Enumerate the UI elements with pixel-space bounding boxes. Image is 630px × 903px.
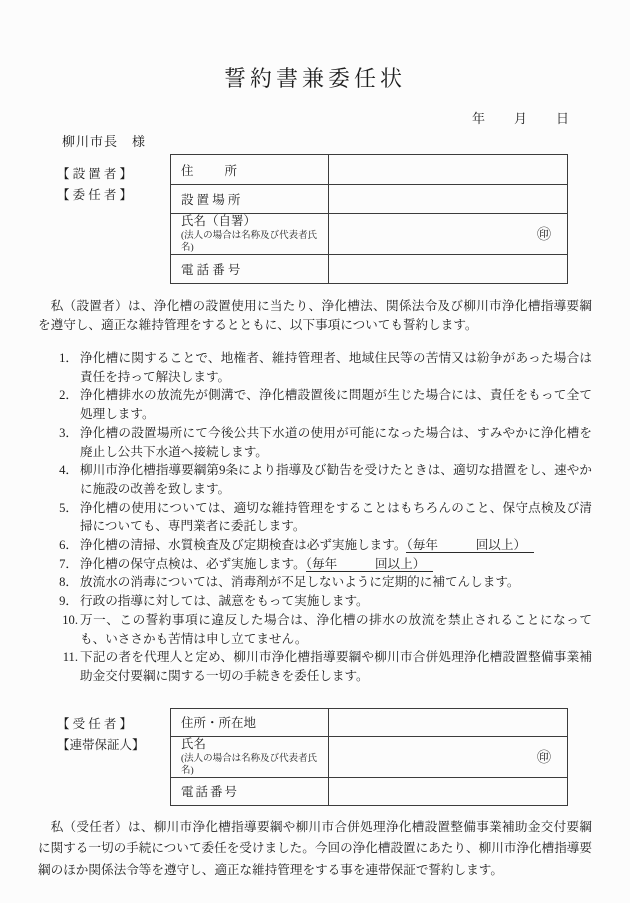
table-row: 住 所	[171, 155, 568, 185]
item-text: 放流水の消毒については、消毒剤が不足しないように定期的に補てんします。	[80, 573, 592, 592]
item-number: 2．	[50, 386, 78, 423]
table-row: 電 話 番 号	[171, 255, 568, 284]
pledge-item-8: 8． 放流水の消毒については、消毒剤が不足しないように定期的に補てんします。	[50, 573, 592, 592]
closing-paragraph: 私（受任者）は、柳川市浄化槽指導要綱や柳川市合併処理浄化槽設置整備事業補助金交付…	[38, 817, 592, 882]
item-number: 10.	[50, 611, 78, 648]
pledge-item-3: 3． 浄化槽の設置場所にて今後公共下水道の使用が可能になった場合は、すみやかに浄…	[50, 424, 592, 461]
item-text: 浄化槽の保守点検は、必ず実施します。（毎年 回以上）	[80, 555, 592, 574]
item-text: 浄化槽の使用については、適切な維持管理をすることはもちろんのこと、保守点検及び清…	[80, 499, 592, 536]
pledge-list: 1． 浄化槽に関することで、地権者、維持管理者、地域住民等の苦情又は紛争があった…	[50, 349, 592, 686]
fill-in-blank: （毎年 回以上）	[406, 538, 534, 553]
agent-name-sublabel: (法人の場合は名称及び代表者氏名)	[181, 753, 328, 777]
agent-address-value-cell	[329, 708, 568, 736]
pledge-item-10: 10. 万一、この誓約事項に違反した場合は、浄化槽の排水の放流を禁止されることに…	[50, 611, 592, 648]
item-number: 3．	[50, 424, 78, 461]
item-text: 浄化槽排水の放流先が側溝で、浄化槽設置後に問題が生じた場合には、責任をもって全て…	[80, 386, 592, 423]
site-label: 設 置 場 所	[171, 185, 329, 214]
item-text: 万一、この誓約事項に違反した場合は、浄化槽の排水の放流を禁止されることになっても…	[80, 611, 592, 648]
installer-side-labels: 【 設 置 者 】 【 委 任 者 】	[57, 154, 165, 284]
agent-name-value-cell: ㊞	[329, 736, 568, 777]
pledge-item-2: 2． 浄化槽排水の放流先が側溝で、浄化槽設置後に問題が生じた場合には、責任をもっ…	[50, 386, 592, 423]
table-row: 氏名（自署） (法人の場合は名称及び代表者氏名) ㊞	[171, 214, 568, 255]
item-number: 11.	[50, 648, 78, 685]
item-text: 浄化槽の設置場所にて今後公共下水道の使用が可能になった場合は、すみやかに浄化槽を…	[80, 424, 592, 461]
item-text-main: 浄化槽の清掃、水質検査及び定期検査は必ず実施します。	[80, 538, 406, 552]
agent-phone-label: 電話番号	[171, 777, 329, 805]
agent-name-label-cell: 氏名 (法人の場合は名称及び代表者氏名)	[171, 736, 329, 777]
item-number: 5．	[50, 499, 78, 536]
agent-section: 【 受 任 者 】 【連帯保証人】 住所・所在地 氏名 (法人の場合は名称及び代…	[57, 708, 630, 806]
item-text: 柳川市浄化槽指導要綱第9条により指導及び勧告を受けたときは、適切な措置をし、速や…	[80, 461, 592, 498]
item-number: 4．	[50, 461, 78, 498]
item-text: 浄化槽の清掃、水質検査及び定期検査は必ず実施します。（毎年 回以上）	[80, 536, 592, 555]
table-row: 電話番号	[171, 777, 568, 805]
guarantor-label: 【連帯保証人】	[57, 735, 165, 756]
seal-mark-icon: ㊞	[537, 224, 551, 244]
addressee: 柳川市長 様	[62, 133, 630, 150]
item-number: 6．	[50, 536, 78, 555]
agent-address-label: 住所・所在地	[171, 708, 329, 736]
item-text: 浄化槽に関することで、地権者、維持管理者、地域住民等の苦情又は紛争があった場合は…	[80, 349, 592, 386]
agent-label: 【 受 任 者 】	[57, 714, 165, 735]
name-label: 氏名（自署）	[181, 214, 328, 229]
table-row: 氏名 (法人の場合は名称及び代表者氏名) ㊞	[171, 736, 568, 777]
item-text: 下記の者を代理人と定め、柳川市浄化槽指導要綱や柳川市合併処理浄化槽設置整備事業補…	[80, 648, 592, 685]
delegator-label: 【 委 任 者 】	[57, 185, 165, 206]
item-text: 行政の指導に対しては、誠意をもって実施します。	[80, 592, 592, 611]
agent-side-labels: 【 受 任 者 】 【連帯保証人】	[57, 708, 165, 806]
name-label-cell: 氏名（自署） (法人の場合は名称及び代表者氏名)	[171, 214, 329, 255]
pledge-item-5: 5． 浄化槽の使用については、適切な維持管理をすることはもちろんのこと、保守点検…	[50, 499, 592, 536]
date-line: 年 月 日	[0, 110, 630, 127]
installer-table: 住 所 設 置 場 所 氏名（自署） (法人の場合は名称及び代表者氏名) ㊞ 電…	[170, 154, 568, 284]
address-label: 住 所	[171, 155, 329, 185]
agent-table: 住所・所在地 氏名 (法人の場合は名称及び代表者氏名) ㊞ 電話番号	[170, 708, 568, 806]
address-value-cell	[329, 155, 568, 185]
agent-phone-value-cell	[329, 777, 568, 805]
pledge-item-11: 11. 下記の者を代理人と定め、柳川市浄化槽指導要綱や柳川市合併処理浄化槽設置整…	[50, 648, 592, 685]
pledge-item-7: 7． 浄化槽の保守点検は、必ず実施します。（毎年 回以上）	[50, 555, 592, 574]
item-number: 9．	[50, 592, 78, 611]
fill-in-blank: （毎年 回以上）	[306, 557, 434, 572]
seal-mark-icon: ㊞	[537, 747, 551, 767]
installer-label: 【 設 置 者 】	[57, 164, 165, 185]
site-value-cell	[329, 185, 568, 214]
table-row: 住所・所在地	[171, 708, 568, 736]
name-sublabel: (法人の場合は名称及び代表者氏名)	[181, 230, 328, 254]
item-number: 8．	[50, 573, 78, 592]
table-row: 設 置 場 所	[171, 185, 568, 214]
pledge-item-6: 6． 浄化槽の清掃、水質検査及び定期検査は必ず実施します。（毎年 回以上）	[50, 536, 592, 555]
phone-label: 電 話 番 号	[171, 255, 329, 284]
document-title: 誓約書兼委任状	[0, 0, 630, 94]
pledge-item-4: 4． 柳川市浄化槽指導要綱第9条により指導及び勧告を受けたときは、適切な措置をし…	[50, 461, 592, 498]
pledge-item-1: 1． 浄化槽に関することで、地権者、維持管理者、地域住民等の苦情又は紛争があった…	[50, 349, 592, 386]
phone-value-cell	[329, 255, 568, 284]
installer-section: 【 設 置 者 】 【 委 任 者 】 住 所 設 置 場 所 氏名（自署） (…	[57, 154, 630, 284]
item-text-main: 浄化槽の保守点検は、必ず実施します。	[80, 557, 306, 571]
pledge-intro-paragraph: 私（設置者）は、浄化槽の設置使用に当たり、浄化槽法、関係法令及び柳川市浄化槽指導…	[38, 297, 592, 335]
item-number: 7．	[50, 555, 78, 574]
name-value-cell: ㊞	[329, 214, 568, 255]
item-number: 1．	[50, 349, 78, 386]
agent-name-label: 氏名	[181, 737, 328, 752]
document-page: 誓約書兼委任状 年 月 日 柳川市長 様 【 設 置 者 】 【 委 任 者 】…	[0, 0, 630, 903]
pledge-item-9: 9． 行政の指導に対しては、誠意をもって実施します。	[50, 592, 592, 611]
